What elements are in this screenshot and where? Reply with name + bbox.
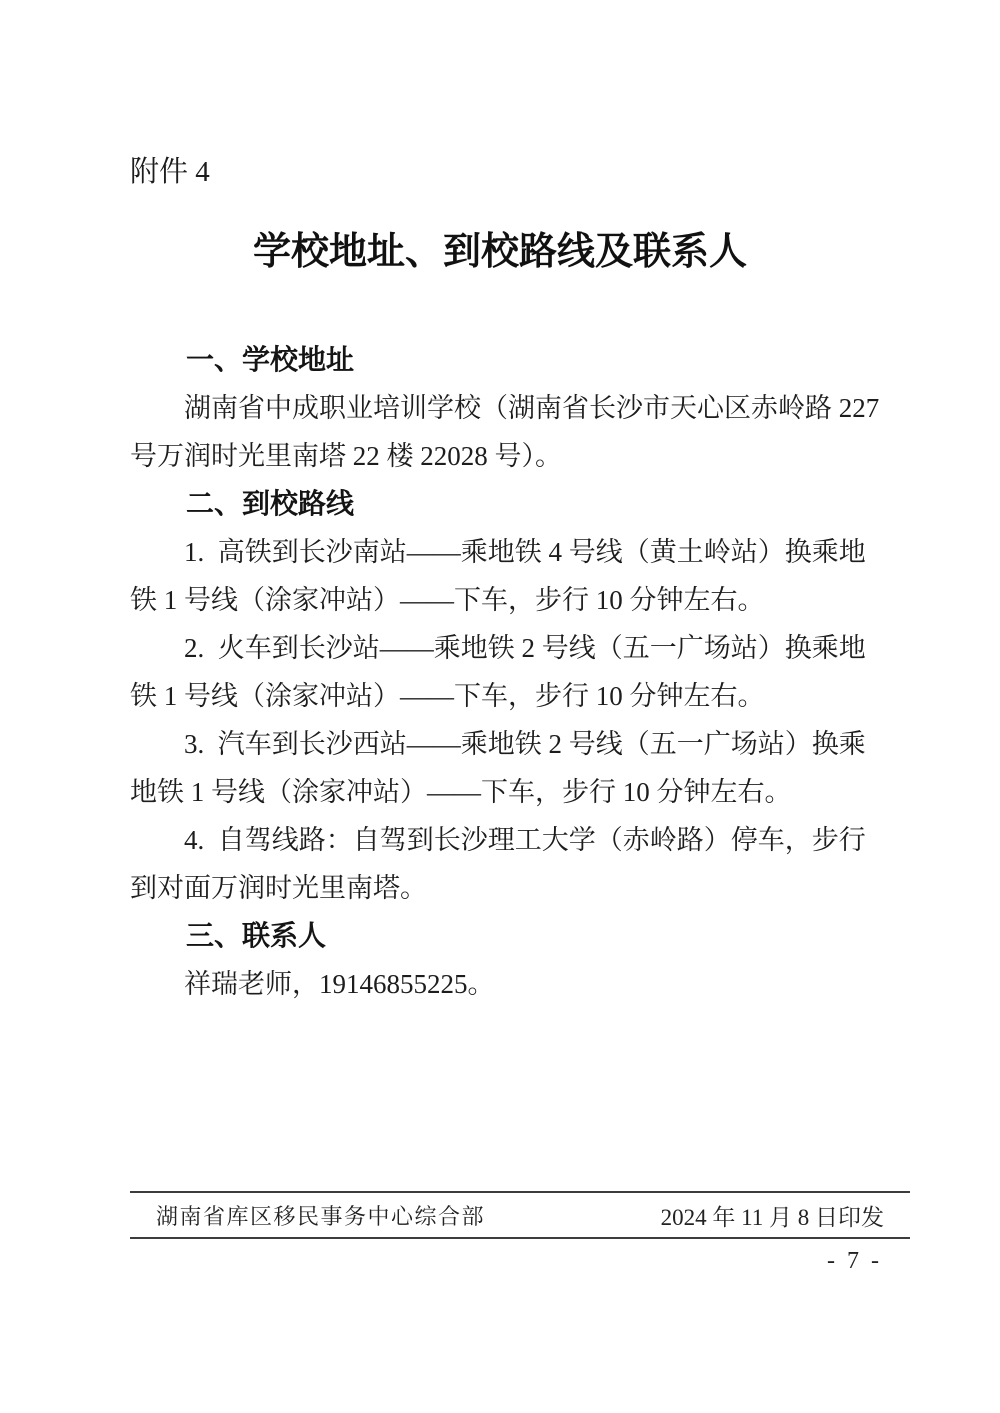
document-page: 附件 4 学校地址、到校路线及联系人 一、学校地址 湖南省中成职业培训学校（湖南… [0,0,1000,1413]
document-body: 一、学校地址 湖南省中成职业培训学校（湖南省长沙市天心区赤岭路 227 号万润时… [130,336,890,1008]
footer-row: 湖南省库区移民事务中心综合部 2024 年 11 月 8 日印发 [130,1193,910,1237]
section-heading-route: 二、到校路线 [130,480,890,528]
route-item-high-speed-rail: 1. 高铁到长沙南站——乘地铁 4 号线（黄土岭站）换乘地铁 1 号线（涂家冲站… [130,528,890,624]
page-number: - 7 - [827,1248,882,1275]
footer-print-date: 2024 年 11 月 8 日印发 [661,1199,884,1232]
footer-rule-bottom [130,1237,910,1239]
footer-issuer: 湖南省库区移民事务中心综合部 [156,1200,485,1231]
paragraph-school-address: 湖南省中成职业培训学校（湖南省长沙市天心区赤岭路 227 号万润时光里南塔 22… [130,384,890,480]
route-item-bus: 3. 汽车到长沙西站——乘地铁 2 号线（五一广场站）换乘地铁 1 号线（涂家冲… [130,720,890,816]
attachment-label: 附件 4 [130,148,210,196]
section-heading-school-address: 一、学校地址 [130,336,890,384]
document-title: 学校地址、到校路线及联系人 [0,226,1000,278]
paragraph-contact: 祥瑞老师，19146855225。 [130,960,890,1008]
section-heading-contact: 三、联系人 [130,912,890,960]
route-item-self-drive: 4. 自驾线路：自驾到长沙理工大学（赤岭路）停车，步行到对面万润时光里南塔。 [130,816,890,912]
route-item-train: 2. 火车到长沙站——乘地铁 2 号线（五一广场站）换乘地铁 1 号线（涂家冲站… [130,624,890,720]
